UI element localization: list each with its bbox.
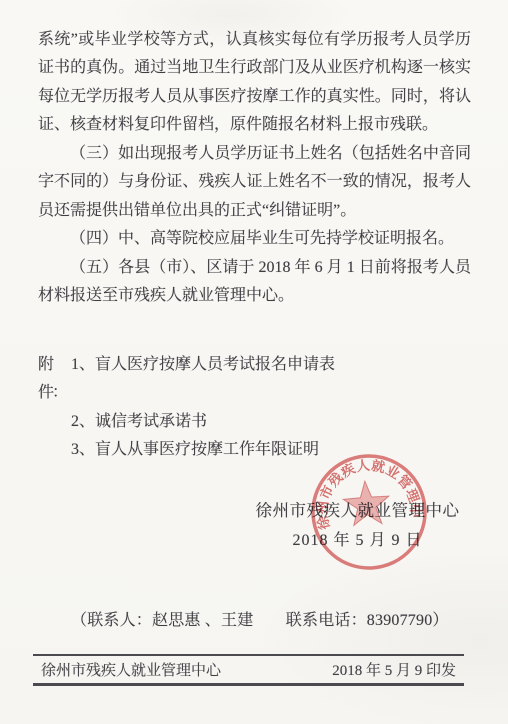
attachments-label: 附件： — [38, 351, 71, 408]
contact-line: （联系人：赵思惠 、王建 联系电话：83907790） — [71, 607, 449, 630]
footer-block: 徐州市残疾人就业管理中心 2018 年 5 月 9 印发 — [33, 654, 464, 686]
signature-org: 徐州市残疾人就业管理中心 — [250, 497, 465, 521]
paragraph-item-3: （三）如出现报考人员学历证书上姓名（包括姓名中音同字不同的）与身份证、残疾人证上… — [38, 140, 471, 225]
attachments-block: 附件： 1、盲人医疗按摩人员考试报名申请表 2、诚信考试承诺书 3、盲人从事医疗… — [38, 351, 335, 465]
attachment-item-1: 1、盲人医疗按摩人员考试报名申请表 — [71, 351, 335, 408]
footer-print-date: 2018 年 5 月 9 印发 — [332, 659, 456, 680]
footer-bottom-rule — [33, 683, 464, 686]
document-page: 系统”或毕业学校等方式，认真核实每位有学历报考人员学历证书的真伪。通过当地卫生行… — [0, 0, 508, 724]
paragraph-item-4: （四）中、高等院校应届毕业生可先持学校证明报名。 — [38, 225, 471, 253]
attachment-line: 附件： 1、盲人医疗按摩人员考试报名申请表 — [38, 351, 335, 408]
attachment-item-3: 3、盲人从事医疗按摩工作年限证明 — [71, 436, 335, 464]
signature-date: 2018 年 5 月 9 日 — [250, 527, 465, 550]
attachment-item-2: 2、诚信考试承诺书 — [71, 408, 335, 436]
paragraph-continuation: 系统”或毕业学校等方式，认真核实每位有学历报考人员学历证书的真伪。通过当地卫生行… — [38, 26, 471, 140]
paragraph-item-5: （五）各县（市）、区请于 2018 年 6 月 1 日前将报考人员材料报送至市残… — [38, 254, 471, 311]
body-text: 系统”或毕业学校等方式，认真核实每位有学历报考人员学历证书的真伪。通过当地卫生行… — [38, 26, 471, 311]
footer-org: 徐州市残疾人就业管理中心 — [41, 659, 221, 680]
